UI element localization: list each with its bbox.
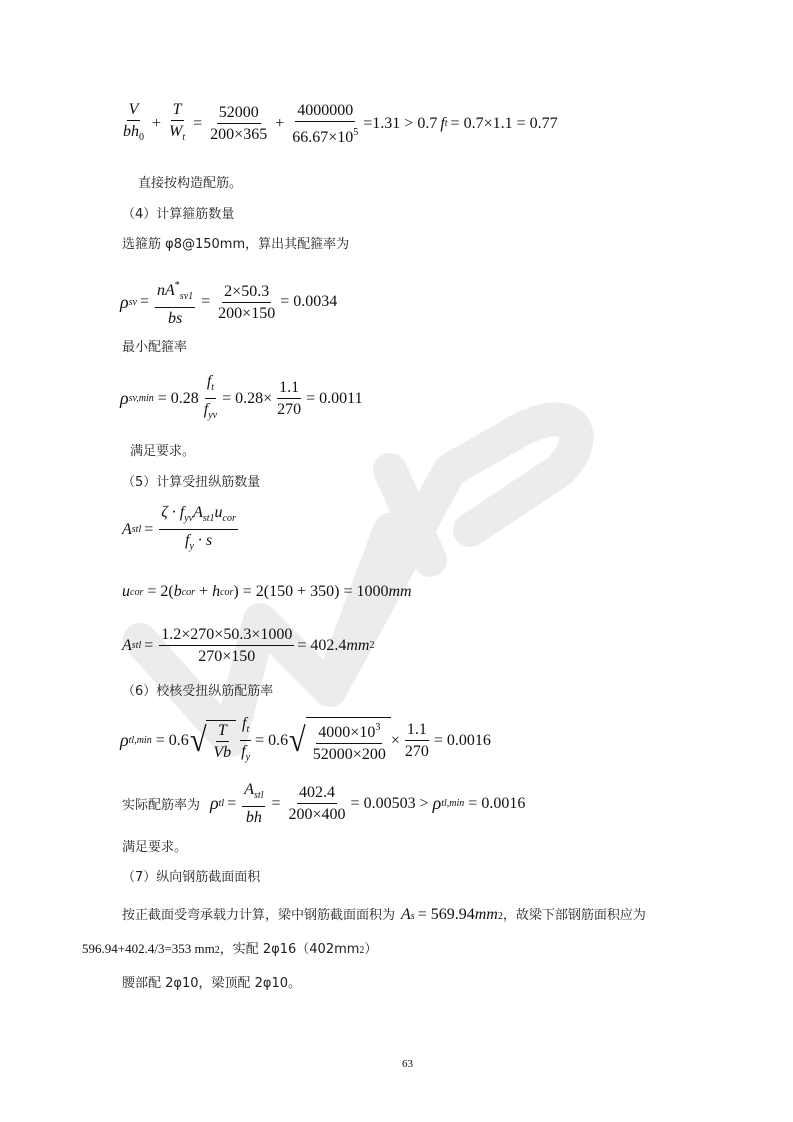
astl-num-sub2: st1 xyxy=(203,513,215,524)
ucor-lhs-sub: cor xyxy=(130,587,143,598)
para-c3: ） xyxy=(364,938,377,957)
rho-tl-mid: = 0.00503 > xyxy=(351,795,429,813)
text-select-stirrup: 选箍筋 φ8@150mm，算出其配箍率为 xyxy=(122,233,349,252)
eq1-bh: bh xyxy=(123,123,139,140)
rho-sv-num: nA xyxy=(157,282,175,299)
astl-val-result: = 402.4 xyxy=(297,637,346,655)
eq1-num1: 52000 xyxy=(217,103,261,124)
rho-tl-coef2: = 0.6 xyxy=(255,732,288,750)
para-b: ，故梁下部钢筋面积应为 xyxy=(503,904,646,923)
sqrt2-num-sup: 3 xyxy=(375,722,380,733)
rho-tl-min-sub: tl,min xyxy=(129,735,152,746)
rho-sv-den: bs xyxy=(166,308,184,328)
rho-sv-den2: 200×150 xyxy=(216,303,277,323)
para-c1: 596.94+402.4/3=353 mm xyxy=(82,941,215,957)
rho-sv-num-sub: sv1 xyxy=(180,291,193,302)
sqrt1-Vb: Vb xyxy=(211,742,233,762)
eq1-result: =1.31 > 0.7 xyxy=(363,115,437,133)
ucor-b-sub: cor xyxy=(182,587,195,598)
rho-tl-den3: 270 xyxy=(403,741,431,761)
equation-rho-tl-actual: 实际配筋率为 ρtl = Astlbh = 402.4200×400 = 0.0… xyxy=(122,780,525,827)
rho-sv-result: = 0.0034 xyxy=(280,293,337,311)
rho-symbol: ρ xyxy=(120,292,129,313)
astl-val-unit-sup: 2 xyxy=(369,640,374,651)
rho-tl-sub: tl xyxy=(219,798,225,809)
rho-min-coef: = 0.28 xyxy=(158,390,199,408)
ucor-unit: mm xyxy=(388,583,411,601)
as-unit: mm xyxy=(475,906,498,924)
rho-min-sub: sv,min xyxy=(129,393,154,404)
astl-val-num: 1.2×270×50.3×1000 xyxy=(159,625,294,646)
paragraph-longitudinal-line2: 596.94+402.4/3=353 mm2 ，实配 2φ16（402mm2 ） xyxy=(82,938,377,957)
astl-num-A: A xyxy=(193,504,203,521)
text-direct-config: 直接按构造配筋。 xyxy=(138,172,242,191)
rho-tl-min-coef: = 0.6 xyxy=(156,732,189,750)
rho-sv-num2: 2×50.3 xyxy=(222,282,271,303)
ucor-b: b xyxy=(174,583,182,601)
rho-tl-num2: 402.4 xyxy=(297,783,337,804)
ucor-h-sub: cor xyxy=(220,587,233,598)
equation-rho-sv: ρsv = nA*sv1bs = 2×50.3200×150 = 0.0034 xyxy=(120,276,337,328)
text-actual-ratio: 实际配筋率为 xyxy=(122,794,200,813)
rho-min-result: = 0.0011 xyxy=(306,390,362,408)
rho-sv-num-sup: * xyxy=(175,280,180,291)
text-min-ratio: 最小配箍率 xyxy=(122,336,187,355)
heading-step-6: （6）校核受扭纵筋配筋率 xyxy=(122,680,273,699)
sqrt-2: √4000×10352000×200 xyxy=(288,717,391,764)
sqrt1-T: T xyxy=(216,721,229,742)
rho-tl-result: = 0.0016 xyxy=(468,795,525,813)
eq1-V: V xyxy=(127,100,141,121)
rho-tl-rhs-sub: tl,min xyxy=(441,798,464,809)
astl-num-zeta-f: ζ · f xyxy=(161,504,184,521)
astl-lhs: A xyxy=(122,521,132,539)
eq1-den2-sup: 5 xyxy=(353,127,358,138)
rho-tl-times: × xyxy=(391,732,400,750)
heading-step-5: （5）计算受扭纵筋数量 xyxy=(122,471,260,490)
page-number: 63 xyxy=(402,1058,413,1070)
para-a: 按正截面受弯承载力计算，梁中钢筋截面面积为 xyxy=(122,904,395,923)
text-satisfied-1: 满足要求。 xyxy=(130,440,195,459)
ucor-h: h xyxy=(212,583,220,601)
astl-den-s: · s xyxy=(194,532,212,549)
equation-ucor: ucor = 2( bcor + hcor ) = 2(150 + 350) =… xyxy=(122,583,412,601)
paragraph-longitudinal-line1: 按正截面受弯承载力计算，梁中钢筋截面面积为 As = 569.94 mm2 ，故… xyxy=(122,904,646,924)
eq1-W-sub: t xyxy=(182,132,185,143)
ucor-lhs: u xyxy=(122,583,130,601)
astl-num-sub1: yv xyxy=(184,513,193,524)
rho-tl-ft-sub: t xyxy=(246,724,249,735)
text-satisfied-2: 满足要求。 xyxy=(122,836,187,855)
rho-min-num2: 1.1 xyxy=(277,378,301,399)
as-value: = 569.94 xyxy=(418,906,475,924)
rho-tl-num3: 1.1 xyxy=(405,720,429,741)
rho-tl-den: bh xyxy=(244,807,264,827)
equation-rho-tl-min: ρtl,min = 0.6 √TVb ftfy = 0.6 √4000×1035… xyxy=(120,714,491,767)
eq1-den1: 200×365 xyxy=(208,124,269,144)
equation-astl-formula: Astl = ζ · fyvAst1ucor fy · s xyxy=(122,503,241,556)
eq1-ft-value: = 0.7×1.1 = 0.77 xyxy=(451,115,558,133)
eq1-W: W xyxy=(169,123,182,140)
astl-val-lhs: A xyxy=(122,637,132,655)
rho-tl-num-sub: stl xyxy=(254,790,263,801)
ucor-p2: ) = 2(150 + 350) = 1000 xyxy=(233,583,388,601)
para-c2: ，实配 2φ16（402mm xyxy=(220,938,360,957)
ucor-p1: = 2( xyxy=(147,583,173,601)
eq1-num2: 4000000 xyxy=(295,101,355,122)
sqrt-1: √TVb xyxy=(189,720,236,762)
eq1-den2: 66.67×10 xyxy=(292,129,353,146)
eq1-bh-sub: 0 xyxy=(139,132,144,143)
equation-shear-torsion-check: Vbh0 + TWt = 52000200×365 + 400000066.67… xyxy=(118,100,558,147)
rho-tl-den2: 200×400 xyxy=(287,804,348,824)
astl-val-unit: mm xyxy=(346,637,369,655)
rho-tl-min-result: = 0.0016 xyxy=(434,732,491,750)
sqrt2-num: 4000×10 xyxy=(318,724,375,741)
rho-tl-num: A xyxy=(244,781,254,798)
equation-astl-value: Astl = 1.2×270×50.3×1000270×150 = 402.4 … xyxy=(122,625,374,666)
rho-min-den2: 270 xyxy=(275,399,303,419)
heading-step-4: （4）计算箍筋数量 xyxy=(122,203,234,222)
astl-val-den: 270×150 xyxy=(196,646,257,666)
rho-min-mid: = 0.28× xyxy=(222,390,272,408)
rho-tl-fy-sub: y xyxy=(246,752,250,763)
ucor-plus: + xyxy=(195,583,212,601)
astl-val-lhs-sub: stl xyxy=(132,640,141,651)
heading-step-7: （7）纵向钢筋截面面积 xyxy=(122,866,260,885)
astl-num-sub3: cor xyxy=(223,513,236,524)
text-waist-top-bars: 腰部配 2φ10，梁顶配 2φ10。 xyxy=(122,972,301,991)
sqrt2-den: 52000×200 xyxy=(311,744,388,764)
rho-min-num-sub: t xyxy=(211,382,214,393)
rho-sv-sub: sv xyxy=(129,297,137,308)
eq1-T: T xyxy=(171,100,184,121)
equation-rho-sv-min: ρsv,min = 0.28 ftfyv = 0.28× 1.1270 = 0.… xyxy=(120,372,363,425)
astl-num-u: u xyxy=(215,504,223,521)
rho-min-den-sub: yv xyxy=(208,410,217,421)
eq1-ft-sub: t xyxy=(445,118,448,129)
astl-lhs-sub: stl xyxy=(132,524,141,535)
